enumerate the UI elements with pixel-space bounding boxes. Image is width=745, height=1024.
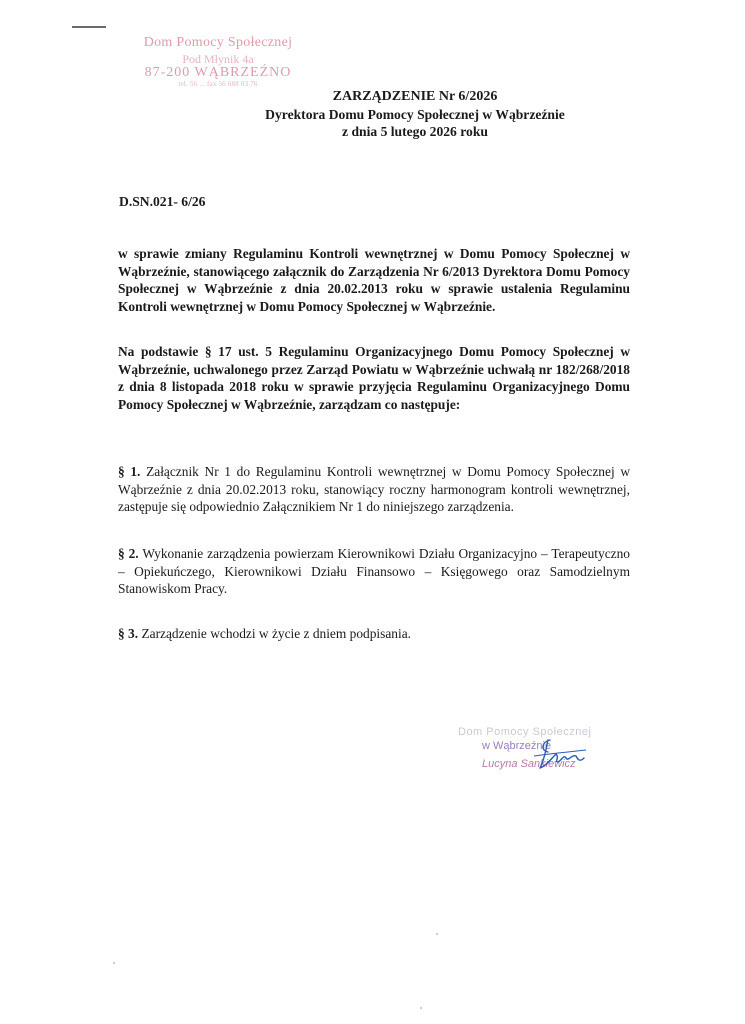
section-3-text: Zarządzenie wchodzi w życie z dniem podp… (141, 626, 411, 641)
legal-basis-paragraph: Na podstawie § 17 ust. 5 Regulaminu Orga… (118, 343, 630, 413)
stamp-line-phone: tel. 56 ... fax 56 688 03 76 (118, 81, 318, 88)
document-heading: ZARZĄDZENIE Nr 6/2026 Dyrektora Domu Pom… (160, 88, 670, 141)
section-2-mark: § 2. (118, 546, 139, 561)
institution-stamp: Dom Pomocy Społecznej Pod Młynik 4a 87-2… (118, 36, 318, 88)
reference-number: D.SN.021- 6/26 (119, 194, 205, 210)
document-date: z dnia 5 lutego 2026 roku (160, 123, 670, 141)
scan-speck (436, 933, 438, 935)
section-1: § 1. Załącznik Nr 1 do Regulaminu Kontro… (118, 463, 630, 516)
stamp-line-city: 87-200 WĄBRZEŹNO (118, 66, 318, 80)
stamp-line-street: Pod Młynik 4a (118, 53, 318, 65)
section-1-text: Załącznik Nr 1 do Regulaminu Kontroli we… (118, 464, 630, 514)
signature-stamp: Dom Pomocy Społecznej w Wąbrzeźnie Lucyn… (448, 726, 618, 770)
document-issuer: Dyrektora Domu Pomocy Społecznej w Wąbrz… (160, 106, 670, 124)
document-title: ZARZĄDZENIE Nr 6/2026 (160, 88, 670, 106)
handwritten-signature-icon (528, 736, 588, 772)
stamp-line-name: Dom Pomocy Społecznej (118, 36, 318, 50)
section-3-mark: § 3. (118, 626, 138, 641)
scan-artifact-line (72, 26, 106, 28)
section-3: § 3. Zarządzenie wchodzi w życie z dniem… (118, 625, 630, 643)
section-2-text: Wykonanie zarządzenia powierzam Kierowni… (118, 546, 630, 596)
document-page: Dom Pomocy Społecznej Pod Młynik 4a 87-2… (0, 0, 745, 1024)
section-2: § 2. Wykonanie zarządzenia powierzam Kie… (118, 545, 630, 598)
section-1-mark: § 1. (118, 464, 140, 479)
scan-speck (113, 962, 115, 964)
subject-paragraph: w sprawie zmiany Regulaminu Kontroli wew… (118, 245, 630, 315)
scan-speck (420, 1007, 422, 1009)
